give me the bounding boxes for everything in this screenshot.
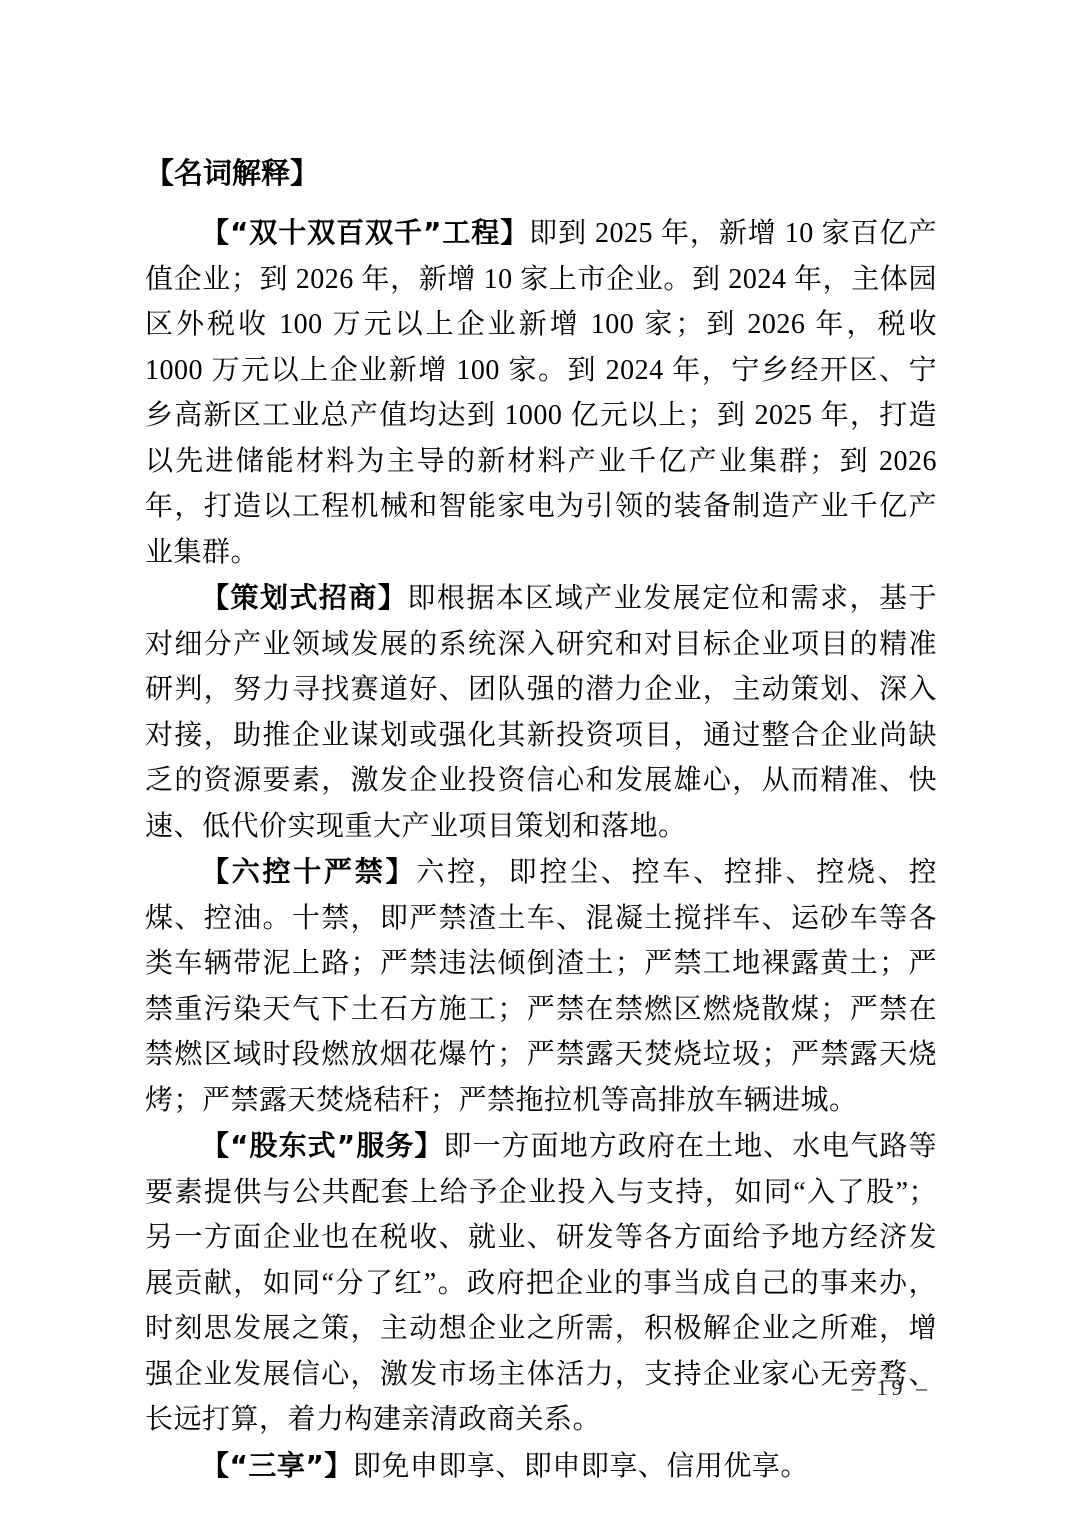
definition-paragraph: 【策划式招商】即根据本区域产业发展定位和需求，基于对细分产业领域发展的系统深入研…: [145, 575, 937, 849]
term-definition: 即根据本区域产业发展定位和需求，基于对细分产业领域发展的系统深入研究和对目标企业…: [145, 583, 937, 842]
term-definition: 即免申即享、即申即享、信用优享。: [353, 1451, 809, 1482]
document-page: 【名词解释】 【“双十双百双千”工程】即到 2025 年，新增 10 家百亿产值…: [0, 0, 1074, 1520]
definition-paragraph: 【六控十严禁】六控，即控尘、控车、控排、控烧、控煤、控油。十禁，即严禁渣土车、混…: [145, 849, 937, 1123]
term-definition: 即到 2025 年，新增 10 家百亿产值企业；到 2026 年，新增 10 家…: [145, 218, 937, 568]
term-definition: 即一方面地方政府在土地、水电气路等要素提供与公共配套上给予企业投入与支持，如同“…: [145, 1131, 937, 1435]
term-label: 【“股东式”服务】: [201, 1129, 443, 1162]
term-label: 【六控十严禁】: [201, 855, 416, 888]
definition-paragraph: 【“三享”】即免申即享、即申即享、信用优享。: [145, 1443, 937, 1490]
section-heading: 【名词解释】: [145, 152, 937, 194]
definition-paragraph: 【“双十双百双千”工程】即到 2025 年，新增 10 家百亿产值企业；到 20…: [145, 210, 937, 575]
term-label: 【“三享”】: [201, 1449, 353, 1482]
page-number: – 19 –: [852, 1375, 931, 1401]
term-definition: 六控，即控尘、控车、控排、控烧、控煤、控油。十禁，即严禁渣土车、混凝土搅拌车、运…: [145, 857, 937, 1116]
page-content: 【名词解释】 【“双十双百双千”工程】即到 2025 年，新增 10 家百亿产值…: [145, 152, 937, 1489]
definition-paragraph: 【“股东式”服务】即一方面地方政府在土地、水电气路等要素提供与公共配套上给予企业…: [145, 1123, 937, 1443]
term-label: 【策划式招商】: [201, 581, 407, 614]
term-label: 【“双十双百双千”工程】: [201, 216, 529, 249]
